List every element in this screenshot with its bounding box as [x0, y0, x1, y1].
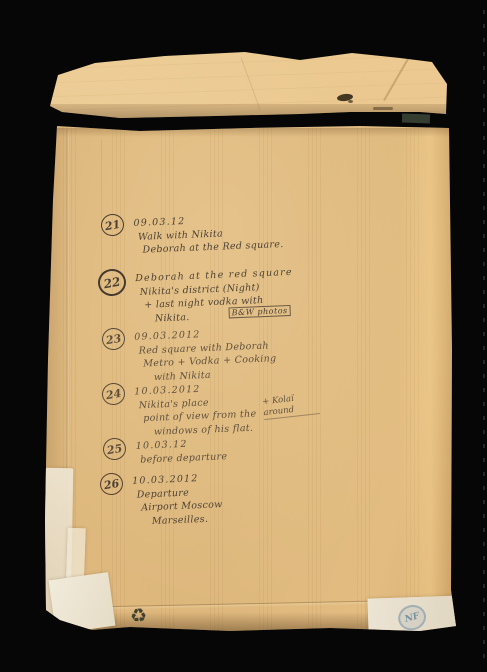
entry-text: 10.03.12 before departure	[135, 436, 227, 467]
lid-front-edge-shadow	[50, 104, 447, 118]
photo-scene: 21 09.03.12 Walk with Nikita Deborah at …	[0, 0, 487, 672]
handwritten-entry-26: 26 10.03.2012 Departure Airport Moscow M…	[100, 473, 222, 527]
entry-circle-number: 24	[100, 381, 126, 407]
entry-text: 09.03.12 Walk with Nikita Deborah at the…	[133, 211, 284, 257]
top-edge-shadow	[57, 128, 449, 137]
handwritten-entry-25: 25 10.03.12 before departure	[103, 438, 227, 465]
entry-text: 09.03.2012 Red square with Deborah Metro…	[134, 325, 277, 385]
entry-text: 10.03.2012 Nikita's place point of view …	[134, 381, 257, 440]
entry-circle-number: 26	[98, 471, 124, 497]
handwritten-entry-23: 23 09.03.2012 Red square with Deborah Me…	[102, 328, 276, 382]
entry-text: 10.03.2012 Departure Airport Moscow Mars…	[132, 471, 223, 529]
entry-circle-number: 21	[99, 212, 125, 238]
entry-text: Deborah at the red square Nikita's distr…	[135, 266, 295, 326]
box-gap-sliver	[402, 114, 430, 124]
tape-strip-corner	[49, 572, 116, 634]
entry-line: before departure	[140, 450, 227, 467]
entry-line: Marseilles.	[152, 512, 224, 528]
background-noise	[483, 10, 485, 662]
entry-circle-number: 23	[100, 326, 126, 352]
lid-mark	[348, 100, 353, 103]
handwritten-entry-22: 22 Deborah at the red square Nikita's di…	[98, 269, 294, 323]
tape-strip-right: NF	[367, 595, 464, 634]
right-edge-shading	[398, 126, 452, 626]
handwritten-entry-24: 24 10.03.2012 Nikita's place point of vi…	[102, 383, 256, 437]
entry-circle-number: 22	[96, 267, 128, 298]
handwritten-entry-21: 21 09.03.12 Walk with Nikita Deborah at …	[101, 214, 283, 255]
nf-certification-stamp: NF	[395, 602, 429, 634]
recycling-icon: ♻	[129, 604, 148, 627]
entry-circle-number: 25	[101, 436, 127, 462]
